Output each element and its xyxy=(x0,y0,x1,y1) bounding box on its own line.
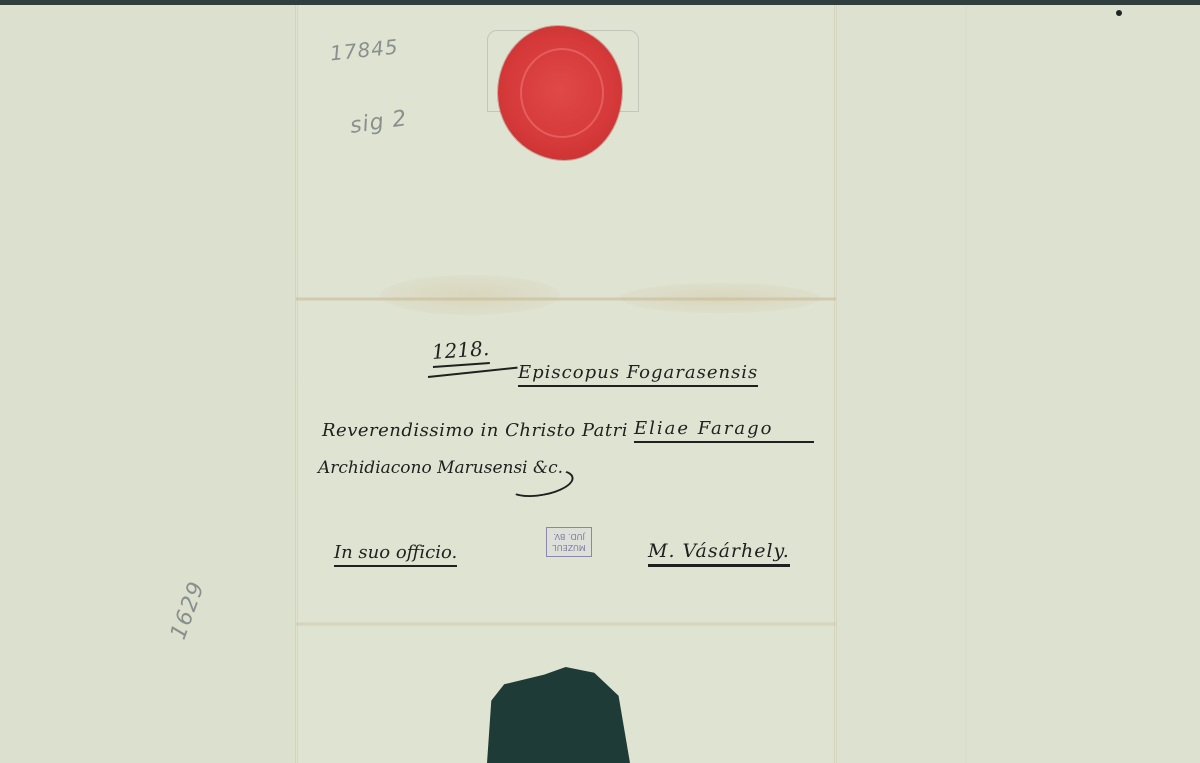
salutation-line: Reverendissimo in Christo Patri xyxy=(322,420,628,441)
vertical-crease-faint xyxy=(965,5,967,763)
recipient-name: Eliae Farago xyxy=(634,418,814,443)
stamp-line-1: MUZEUL xyxy=(547,542,591,553)
stamp-line-2: JUD. BV. xyxy=(547,531,591,542)
museum-stamp: MUZEUL JUD. BV. xyxy=(546,527,592,557)
punch-hole xyxy=(1116,10,1122,16)
destination: M. Vásárhely. xyxy=(648,540,790,567)
left-fold-panel xyxy=(0,5,296,763)
paper-stain xyxy=(620,283,820,313)
paper-stain xyxy=(380,275,560,315)
sender-title: Episcopus Fogarasensis xyxy=(518,362,758,387)
vertical-fold-right xyxy=(834,5,837,763)
vertical-fold-left xyxy=(295,5,298,763)
red-wax-seal-icon xyxy=(498,26,622,160)
right-fold-panel xyxy=(836,5,1200,763)
letter-number: 1218. xyxy=(431,336,490,368)
service-note: In suo officio. xyxy=(334,542,457,567)
horizontal-fold-lower xyxy=(296,622,836,626)
